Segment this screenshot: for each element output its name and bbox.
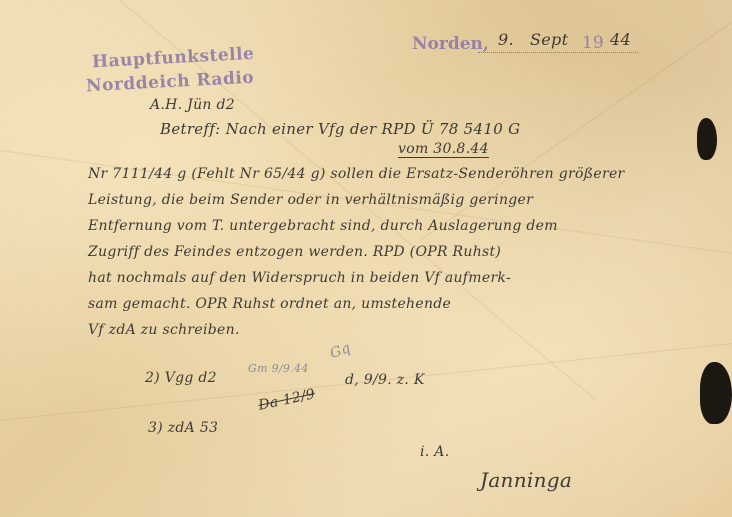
date-dotted-line xyxy=(478,52,638,53)
ink-blot xyxy=(700,362,732,424)
signature: Janninga xyxy=(480,468,572,492)
date-year-suffix: 44 xyxy=(610,30,631,49)
place-stamp: Norden, xyxy=(412,34,489,54)
annotation-pencil-initial: Gm 9/9.44 xyxy=(248,362,309,375)
subject-date: vom 30.8.44 xyxy=(398,141,489,158)
body-line-6: sam gemacht. OPR Ruhst ordnet an, umsteh… xyxy=(88,296,451,312)
date-year-prefix: 19 xyxy=(582,33,604,53)
annotation-file: 3) zdA 53 xyxy=(148,420,218,436)
date-day: 9. xyxy=(498,30,514,49)
closing-ia: i. A. xyxy=(420,444,449,460)
scanned-document: Hauptfunkstelle Norddeich Radio Norden, … xyxy=(0,0,732,517)
body-line-3: Entfernung vom T. untergebracht sind, du… xyxy=(88,218,558,234)
annotation-note: d, 9/9. z. K xyxy=(345,372,425,388)
body-line-1: Nr 7111/44 g (Fehlt Nr 65/44 g) sollen d… xyxy=(88,166,625,182)
annotation-forward: 2) Vgg d2 xyxy=(145,370,217,386)
body-line-5: hat nochmals auf den Widerspruch in beid… xyxy=(88,270,511,286)
body-line-7: Vf zdA zu schreiben. xyxy=(88,322,240,338)
reference-number: A.H. Jün d2 xyxy=(150,97,235,113)
body-line-4: Zugriff des Feindes entzogen werden. RPD… xyxy=(88,244,501,260)
subject-line: Betreff: Nach einer Vfg der RPD Ü 78 541… xyxy=(160,120,520,138)
annotation-pencil-mark: Gq xyxy=(328,340,353,362)
ink-blot xyxy=(697,118,717,160)
body-line-2: Leistung, die beim Sender oder in verhäl… xyxy=(88,192,533,208)
date-month: Sept xyxy=(530,30,568,49)
